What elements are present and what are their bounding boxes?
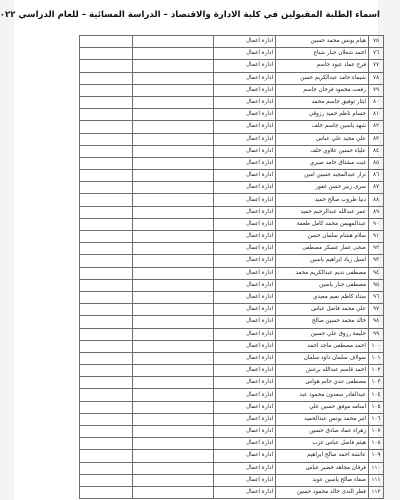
empty-cell [133, 145, 214, 157]
empty-cell [133, 243, 214, 255]
department: ادارة اعمال [214, 450, 276, 462]
student-name: هيام يونس محمد حسين [276, 36, 369, 48]
empty-cell [133, 474, 214, 486]
department: ادارة اعمال [214, 352, 276, 364]
student-name: مصطفى عدي حاتم هواس [276, 377, 369, 389]
row-number: ٧٥ [369, 36, 384, 48]
department: ادارة اعمال [214, 182, 276, 194]
empty-cell [133, 133, 214, 145]
student-name: سلام هشام سلمان حسن [276, 231, 369, 243]
row-number: ١٠٣ [369, 377, 384, 389]
department: ادارة اعمال [214, 133, 276, 145]
row-number: ٧٦ [369, 48, 384, 60]
empty-cell [133, 413, 214, 425]
empty-cell [80, 474, 133, 486]
table-row: ٧٧ فرح عماد عبود جاسم ادارة اعمال [80, 60, 384, 72]
row-number: ١٠٩ [369, 450, 384, 462]
row-number: ٩٤ [369, 267, 384, 279]
department: ادارة اعمال [214, 48, 276, 60]
table-row: ٩٩ حليمة رزوق علي حسين ادارة اعمال [80, 328, 384, 340]
empty-cell [133, 365, 214, 377]
department: ادارة اعمال [214, 438, 276, 450]
row-number: ٩١ [369, 231, 384, 243]
department: ادارة اعمال [214, 304, 276, 316]
row-number: ١٠٠ [369, 340, 384, 352]
student-name: ضحى عمار عسكر مصطفى [276, 243, 369, 255]
row-number: ١٠٨ [369, 438, 384, 450]
row-number: ٩٩ [369, 328, 384, 340]
department: ادارة اعمال [214, 243, 276, 255]
empty-cell [80, 121, 133, 133]
empty-cell [80, 72, 133, 84]
empty-cell [80, 328, 133, 340]
empty-cell [80, 231, 133, 243]
empty-cell [80, 170, 133, 182]
student-name: قطر الندى خالد محمود حسين [276, 486, 369, 498]
row-number: ١٠٧ [369, 426, 384, 438]
student-name: اسيل زياد ابراهيم ياسين [276, 255, 369, 267]
department: ادارة اعمال [214, 474, 276, 486]
table-row: ١٠٠ احمد مصطفى ماجد احمد ادارة اعمال [80, 340, 384, 352]
empty-cell [133, 340, 214, 352]
table-row: ١٠٢ احمد قاسم عبدالله برغش ادارة اعمال [80, 365, 384, 377]
row-number: ٩٧ [369, 304, 384, 316]
student-name: حسام ناظم حميد رزوقي [276, 109, 369, 121]
student-name: ايثار توفيق جاسم محمد [276, 96, 369, 108]
table-row: ٨٦ نزار عبدالمجيد حسين امين ادارة اعمال [80, 170, 384, 182]
table-row: ١١١ صفاء صالح ياسين عويد ادارة اعمال [80, 474, 384, 486]
department: ادارة اعمال [214, 316, 276, 328]
empty-cell [133, 316, 214, 328]
student-name: فرح عماد عبود جاسم [276, 60, 369, 72]
table-row: ٨٥ غيث مشتاق حامد صبري ادارة اعمال [80, 157, 384, 169]
student-name: سولاف سلمان داود سلمان [276, 352, 369, 364]
row-number: ١٠٢ [369, 365, 384, 377]
row-number: ٨٣ [369, 133, 384, 145]
table-row: ٨٨ دنيا طروب صالح حميد ادارة اعمال [80, 194, 384, 206]
department: ادارة اعمال [214, 365, 276, 377]
empty-cell [80, 316, 133, 328]
empty-cell [80, 389, 133, 401]
row-number: ١٠٥ [369, 401, 384, 413]
empty-cell [80, 48, 133, 60]
department: ادارة اعمال [214, 170, 276, 182]
row-number: ٨٢ [369, 121, 384, 133]
row-number: ١١٢ [369, 486, 384, 498]
table-row: ١٠٤ عبدالقادر سعدون محمود عبد ادارة اعما… [80, 389, 384, 401]
row-number: ٩٠ [369, 218, 384, 230]
student-name: احمد شعلان جبار شناع [276, 48, 369, 60]
empty-cell [133, 231, 214, 243]
empty-cell [80, 145, 133, 157]
row-number: ٨٧ [369, 182, 384, 194]
empty-cell [133, 157, 214, 169]
department: ادارة اعمال [214, 462, 276, 474]
student-name: هيثم فاضل عباس غرب [276, 438, 369, 450]
empty-cell [133, 36, 214, 48]
empty-cell [80, 182, 133, 194]
department: ادارة اعمال [214, 157, 276, 169]
empty-cell [133, 60, 214, 72]
empty-cell [133, 218, 214, 230]
department: ادارة اعمال [214, 96, 276, 108]
row-number: ٩٣ [369, 255, 384, 267]
row-number: ٧٩ [369, 84, 384, 96]
table-row: ٩٥ مصطفى جبار ياسين ادارة اعمال [80, 279, 384, 291]
student-name: علي محمد فاضل عباس [276, 304, 369, 316]
empty-cell [80, 218, 133, 230]
student-name: سناء كاظم نعيم معيدي [276, 291, 369, 303]
empty-cell [133, 48, 214, 60]
table-row: ٩١ سلام هشام سلمان حسن ادارة اعمال [80, 231, 384, 243]
table-row: ١٠٨ هيثم فاضل عباس غرب ادارة اعمال [80, 438, 384, 450]
department: ادارة اعمال [214, 401, 276, 413]
department: ادارة اعمال [214, 486, 276, 498]
row-number: ٧٨ [369, 72, 384, 84]
empty-cell [133, 194, 214, 206]
row-number: ١٠٤ [369, 389, 384, 401]
table-row: ٨٧ سرى زبير حسن غفور ادارة اعمال [80, 182, 384, 194]
table-row: ٩٧ علي محمد فاضل عباس ادارة اعمال [80, 304, 384, 316]
empty-cell [80, 413, 133, 425]
table-row: ٨٠ ايثار توفيق جاسم محمد ادارة اعمال [80, 96, 384, 108]
student-name: عائشة احمد صالح ابراهيم [276, 450, 369, 462]
empty-cell [80, 133, 133, 145]
student-name: علي مجيد علي عباس [276, 133, 369, 145]
department: ادارة اعمال [214, 231, 276, 243]
empty-cell [133, 438, 214, 450]
department: ادارة اعمال [214, 121, 276, 133]
table-row: ١٠٩ عائشة احمد صالح ابراهيم ادارة اعمال [80, 450, 384, 462]
row-number: ١٠٦ [369, 413, 384, 425]
department: ادارة اعمال [214, 109, 276, 121]
department: ادارة اعمال [214, 36, 276, 48]
student-name: فرقان مجاهد خضير عباس [276, 462, 369, 474]
table-row: ٨٤ علياء حسين علاوي خلف ادارة اعمال [80, 145, 384, 157]
student-name: احمد قاسم عبدالله برغش [276, 365, 369, 377]
department: ادارة اعمال [214, 389, 276, 401]
department: ادارة اعمال [214, 72, 276, 84]
table-row: ٩٤ مصطفى نديم عبدالكريم محمد ادارة اعمال [80, 267, 384, 279]
table-row: ٩٦ سناء كاظم نعيم معيدي ادارة اعمال [80, 291, 384, 303]
row-number: ٨٠ [369, 96, 384, 108]
empty-cell [80, 36, 133, 48]
student-name: سرى زبير حسن غفور [276, 182, 369, 194]
student-name: صفاء صالح ياسين عويد [276, 474, 369, 486]
empty-cell [133, 291, 214, 303]
student-name: شيماء حامد عبدالكريم حسن [276, 72, 369, 84]
department: ادارة اعمال [214, 267, 276, 279]
table-row: ٨٩ عمر عبدالله عبدالرحيم حميد ادارة اعما… [80, 206, 384, 218]
empty-cell [133, 328, 214, 340]
department: ادارة اعمال [214, 291, 276, 303]
student-name: علياء حسين علاوي خلف [276, 145, 369, 157]
department: ادارة اعمال [214, 377, 276, 389]
row-number: ٨٦ [369, 170, 384, 182]
row-number: ١١٠ [369, 462, 384, 474]
empty-cell [80, 438, 133, 450]
table-row: ٩٢ ضحى عمار عسكر مصطفى ادارة اعمال [80, 243, 384, 255]
table-row: ٩٠ عبدالمهيمن محمد كامل طعمة ادارة اعمال [80, 218, 384, 230]
table-row: ٩٨ خالد محمد حسين صالح ادارة اعمال [80, 316, 384, 328]
empty-cell [133, 389, 214, 401]
empty-cell [133, 182, 214, 194]
empty-cell [80, 401, 133, 413]
department: ادارة اعمال [214, 84, 276, 96]
table-row: ١٠١ سولاف سلمان داود سلمان ادارة اعمال [80, 352, 384, 364]
student-name: غيث مشتاق حامد صبري [276, 157, 369, 169]
department: ادارة اعمال [214, 340, 276, 352]
department: ادارة اعمال [214, 426, 276, 438]
student-name: عمر عبدالله عبدالرحيم حميد [276, 206, 369, 218]
student-name: اسامه موفق حسين علي [276, 401, 369, 413]
department: ادارة اعمال [214, 255, 276, 267]
empty-cell [80, 340, 133, 352]
empty-cell [80, 96, 133, 108]
table-row: ٧٩ رفعت محمود فرحان جاسم ادارة اعمال [80, 84, 384, 96]
student-name: حليمة رزوق علي حسين [276, 328, 369, 340]
student-name: شهد ياسين جاسم خلف [276, 121, 369, 133]
table-row: ١٠٧ زهراء عماد صادق حسين ادارة اعمال [80, 426, 384, 438]
student-name: زهراء عماد صادق حسين [276, 426, 369, 438]
row-number: ٩٢ [369, 243, 384, 255]
empty-cell [80, 426, 133, 438]
empty-cell [133, 96, 214, 108]
table-row: ٧٦ احمد شعلان جبار شناع ادارة اعمال [80, 48, 384, 60]
table-row: ١١٢ قطر الندى خالد محمود حسين ادارة اعما… [80, 486, 384, 498]
empty-cell [80, 255, 133, 267]
table-row: ٧٨ شيماء حامد عبدالكريم حسن ادارة اعمال [80, 72, 384, 84]
empty-cell [133, 450, 214, 462]
empty-cell [80, 365, 133, 377]
row-number: ٨٥ [369, 157, 384, 169]
empty-cell [80, 279, 133, 291]
row-number: ٩٦ [369, 291, 384, 303]
empty-cell [133, 206, 214, 218]
empty-cell [80, 267, 133, 279]
department: ادارة اعمال [214, 413, 276, 425]
empty-cell [133, 72, 214, 84]
table-row: ١٠٥ اسامه موفق حسين علي ادارة اعمال [80, 401, 384, 413]
department: ادارة اعمال [214, 279, 276, 291]
empty-cell [133, 255, 214, 267]
student-name: مصطفى نديم عبدالكريم محمد [276, 267, 369, 279]
student-name: عبدالقادر سعدون محمود عبد [276, 389, 369, 401]
empty-cell [80, 450, 133, 462]
document-title: اسماء الطلبة المقبولين في كلية الادارة و… [20, 10, 380, 20]
table-row: ١٠٣ مصطفى عدي حاتم هواس ادارة اعمال [80, 377, 384, 389]
student-name: احمد مصطفى ماجد احمد [276, 340, 369, 352]
empty-cell [80, 194, 133, 206]
empty-cell [133, 170, 214, 182]
student-name: خالد محمد حسين صالح [276, 316, 369, 328]
row-number: ٩٥ [369, 279, 384, 291]
row-number: ١٠١ [369, 352, 384, 364]
empty-cell [80, 109, 133, 121]
row-number: ٧٧ [369, 60, 384, 72]
empty-cell [80, 291, 133, 303]
row-number: ٩٨ [369, 316, 384, 328]
empty-cell [80, 60, 133, 72]
empty-cell [80, 206, 133, 218]
table-row: ١١٠ فرقان مجاهد خضير عباس ادارة اعمال [80, 462, 384, 474]
student-name: دنيا طروب صالح حميد [276, 194, 369, 206]
table-row: ١٠٦ اثير محمد يونس عبدالحميد ادارة اعمال [80, 413, 384, 425]
student-name: مصطفى جبار ياسين [276, 279, 369, 291]
student-name: اثير محمد يونس عبدالحميد [276, 413, 369, 425]
student-name: عبدالمهيمن محمد كامل طعمة [276, 218, 369, 230]
empty-cell [133, 121, 214, 133]
table-row: ٨٣ علي مجيد علي عباس ادارة اعمال [80, 133, 384, 145]
table-row: ٧٥ هيام يونس محمد حسين ادارة اعمال [80, 36, 384, 48]
empty-cell [133, 267, 214, 279]
row-number: ٨١ [369, 109, 384, 121]
empty-cell [80, 486, 133, 498]
row-number: ٨٨ [369, 194, 384, 206]
empty-cell [80, 462, 133, 474]
empty-cell [80, 243, 133, 255]
empty-cell [133, 109, 214, 121]
empty-cell [133, 84, 214, 96]
row-number: ٨٤ [369, 145, 384, 157]
department: ادارة اعمال [214, 206, 276, 218]
department: ادارة اعمال [214, 328, 276, 340]
row-number: ١١١ [369, 474, 384, 486]
empty-cell [133, 401, 214, 413]
empty-cell [80, 352, 133, 364]
empty-cell [133, 462, 214, 474]
department: ادارة اعمال [214, 218, 276, 230]
empty-cell [133, 304, 214, 316]
students-table: ٧٥ هيام يونس محمد حسين ادارة اعمال ٧٦ اح… [79, 35, 384, 499]
empty-cell [80, 84, 133, 96]
empty-cell [133, 279, 214, 291]
empty-cell [80, 377, 133, 389]
empty-cell [133, 352, 214, 364]
empty-cell [80, 157, 133, 169]
department: ادارة اعمال [214, 145, 276, 157]
department: ادارة اعمال [214, 60, 276, 72]
department: ادارة اعمال [214, 194, 276, 206]
student-name: نزار عبدالمجيد حسين امين [276, 170, 369, 182]
table-row: ٨٢ شهد ياسين جاسم خلف ادارة اعمال [80, 121, 384, 133]
row-number: ٨٩ [369, 206, 384, 218]
empty-cell [80, 304, 133, 316]
empty-cell [133, 486, 214, 498]
student-name: رفعت محمود فرحان جاسم [276, 84, 369, 96]
table-row: ٩٣ اسيل زياد ابراهيم ياسين ادارة اعمال [80, 255, 384, 267]
empty-cell [133, 377, 214, 389]
table-row: ٨١ حسام ناظم حميد رزوقي ادارة اعمال [80, 109, 384, 121]
empty-cell [133, 426, 214, 438]
